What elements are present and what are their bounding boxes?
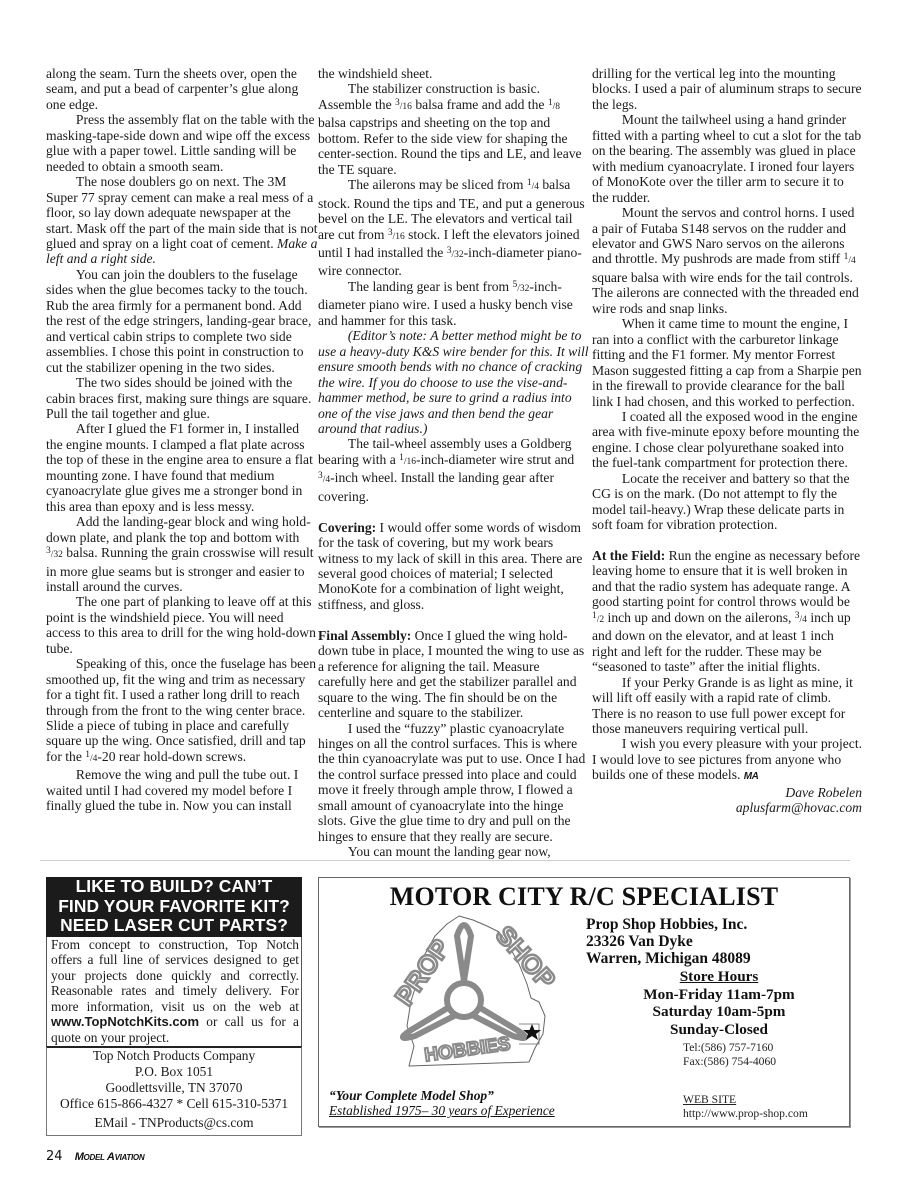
paragraph: Add the landing-gear block and wing hold… (46, 514, 318, 594)
fraction: 3/32 (46, 550, 63, 560)
ad-email[interactable]: EMail - TNProducts@cs.com (47, 1115, 301, 1131)
author-name: Dave Robelen (592, 785, 862, 800)
section-covering: Covering: I would offer some words of wi… (318, 520, 590, 613)
paragraph: Mount the tailwheel using a hand grinder… (592, 112, 862, 205)
prop-shop-logo-icon: PROP SHOP HOBBIES (369, 906, 559, 1076)
author-email[interactable]: aplusfarm@hovac.com (592, 800, 862, 815)
ad-address: Top Notch Products Company P.O. Box 1051… (46, 1046, 302, 1136)
paragraph: I wish you every pleasure with your proj… (592, 736, 862, 784)
editors-note: (Editor’s note: A better method might be… (318, 328, 590, 436)
paragraph: The tail-wheel assembly uses a Goldberg … (318, 436, 590, 504)
paragraph: Mount the servos and control horns. I us… (592, 205, 862, 316)
svg-text:SHOP: SHOP (490, 920, 559, 995)
section-at-the-field: At the Field: Run the engine as necessar… (592, 548, 862, 675)
paragraph: If your Perky Grande is as light as mine… (592, 675, 862, 737)
page-number: 24 (46, 1149, 63, 1164)
end-mark-icon: MA (744, 771, 759, 782)
section-divider (40, 860, 850, 861)
article-column-2: the windshield sheet. The stabilizer con… (318, 66, 590, 860)
ad-tagline: “Your Complete Model Shop” Established 1… (329, 1088, 555, 1118)
ad-phone-fax: Tel:(586) 757-7160 Fax:(586) 754-4060 (683, 1041, 776, 1068)
ad-website-link[interactable]: http://www.prop-shop.com (683, 1107, 808, 1121)
paragraph: The ailerons may be sliced from 1/4 bals… (318, 177, 590, 279)
article-column-1: along the seam. Turn the sheets over, op… (46, 66, 318, 814)
paragraph: I coated all the exposed wood in the eng… (592, 409, 862, 471)
svg-text:HOBBIES: HOBBIES (423, 1034, 512, 1067)
paragraph: the windshield sheet. (318, 66, 590, 81)
paragraph: I used the “fuzzy” plastic cyanoacrylate… (318, 721, 590, 845)
paragraph: The one part of planking to leave off at… (46, 594, 318, 656)
paragraph: Remove the wing and pull the tube out. I… (46, 767, 318, 813)
top-notch-ad: LIKE TO BUILD? CAN’T FIND YOUR FAVORITE … (46, 877, 302, 1133)
section-final-assembly: Final Assembly: Once I glued the wing ho… (318, 628, 590, 721)
paragraph: The two sides should be joined with the … (46, 375, 318, 421)
article-column-3: drilling for the vertical leg into the m… (592, 66, 862, 816)
ad-company-address: Prop Shop Hobbies, Inc. 23326 Van Dyke W… (586, 916, 751, 967)
paragraph: Speaking of this, once the fuselage has … (46, 656, 318, 767)
paragraph: You can mount the landing gear now, (318, 844, 590, 859)
paragraph: along the seam. Turn the sheets over, op… (46, 66, 318, 112)
ad-store-hours: Store Hours Mon-Friday 11am-7pm Saturday… (619, 968, 819, 1038)
magazine-name: Model Aviation (75, 1151, 145, 1163)
paragraph: You can join the doublers to the fuselag… (46, 267, 318, 375)
paragraph: The nose doublers go on next. The 3M Sup… (46, 174, 318, 267)
paragraph: Locate the receiver and battery so that … (592, 471, 862, 533)
paragraph: After I glued the F1 former in, I instal… (46, 421, 318, 514)
ad-headline: LIKE TO BUILD? CAN’T FIND YOUR FAVORITE … (46, 877, 302, 937)
ad-website-link[interactable]: www.TopNotchKits.com (51, 1014, 199, 1029)
section-heading: Covering: (318, 520, 376, 535)
paragraph: The stabilizer construction is basic. As… (318, 81, 590, 177)
paragraph: Press the assembly flat on the table wit… (46, 112, 318, 174)
magazine-page: along the seam. Turn the sheets over, op… (0, 0, 916, 1200)
fraction: 1/4 (85, 754, 97, 764)
paragraph: The landing gear is bent from 5/32-inch-… (318, 279, 590, 328)
paragraph: drilling for the vertical leg into the m… (592, 66, 862, 112)
ad-body: From concept to construction, Top Notch … (46, 937, 302, 1047)
section-heading: At the Field: (592, 548, 665, 563)
paragraph: When it came time to mount the engine, I… (592, 316, 862, 409)
section-heading: Final Assembly: (318, 628, 411, 643)
page-footer: 24 Model Aviation (46, 1149, 144, 1164)
ad-website: WEB SITE http://www.prop-shop.com (683, 1093, 808, 1120)
prop-shop-ad: MOTOR CITY R/C SPECIALIST PROP SHOP HOBB… (318, 877, 850, 1127)
